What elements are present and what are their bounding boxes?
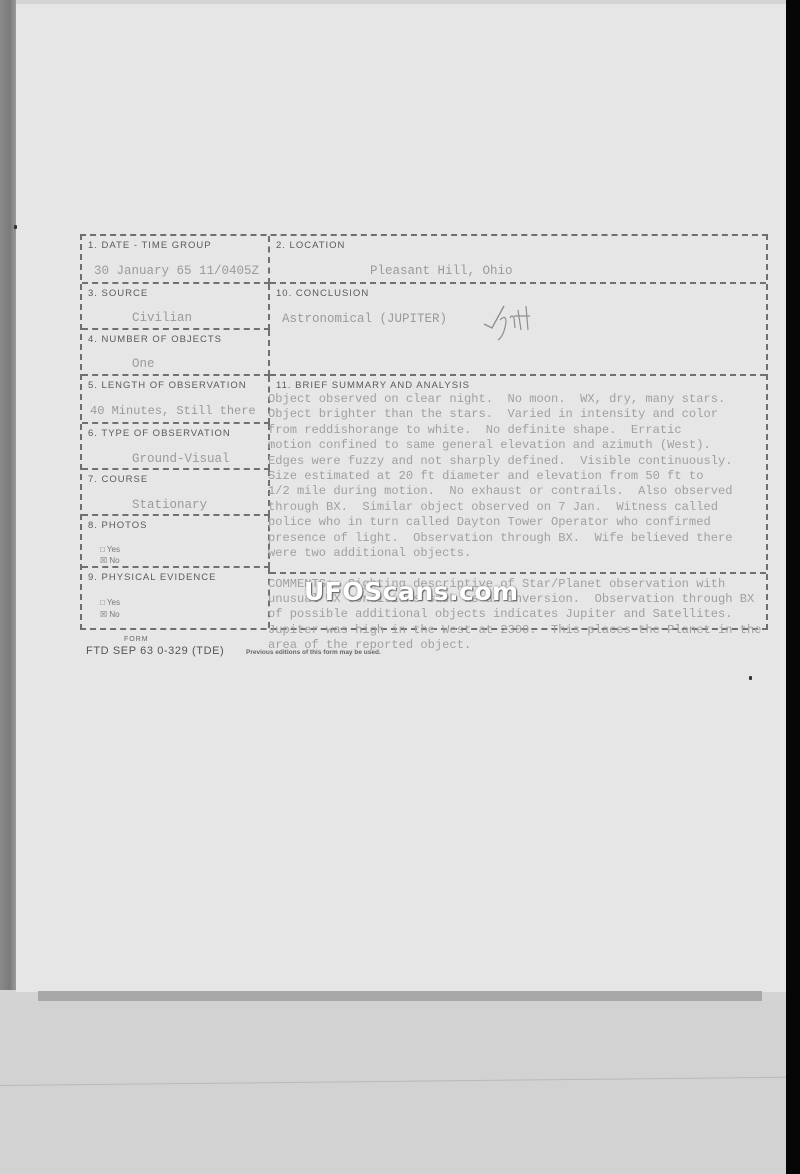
location-value: Pleasant Hill, Ohio <box>370 264 513 278</box>
summary-line: Object brighter than the stars. Varied i… <box>268 407 800 422</box>
field-source: 3. SOURCE Civilian <box>82 284 270 330</box>
summary-line: Edges were fuzzy and not sharply defined… <box>268 454 800 469</box>
date-time-group-value: 30 January 65 11/0405Z <box>94 264 259 278</box>
conclusion-label: 10. CONCLUSION <box>276 288 369 299</box>
field-location: 2. LOCATION Pleasant Hill, Ohio <box>270 236 766 284</box>
field-date-time-group: 1. DATE - TIME GROUP 30 January 65 11/04… <box>82 236 270 284</box>
course-label: 7. COURSE <box>88 474 148 485</box>
sheet-shadow <box>38 991 762 1001</box>
length-of-observation-value: 40 Minutes, Still there <box>90 404 256 418</box>
summary-line: were two additional objects. <box>268 546 800 561</box>
scan-left-edge <box>0 0 16 990</box>
summary-line: Size estimated at 20 ft diameter and ele… <box>268 469 800 484</box>
field-photos: 8. PHOTOS □ Yes ☒ No <box>82 516 270 568</box>
summary-line: presence of light. Observation through B… <box>268 531 800 546</box>
comments-line: Jupiter was high in the West at 2300. Th… <box>268 623 800 638</box>
field-number-of-objects: 4. NUMBER OF OBJECTS One <box>82 330 270 376</box>
field-length-of-observation: 5. LENGTH OF OBSERVATION 40 Minutes, Sti… <box>82 376 270 424</box>
brief-summary-text: Object observed on clear night. No moon.… <box>268 392 800 561</box>
number-of-objects-label: 4. NUMBER OF OBJECTS <box>88 334 222 345</box>
field-type-of-observation: 6. TYPE OF OBSERVATION Ground-Visual <box>82 424 270 470</box>
summary-line: through BX. Similar object observed on 7… <box>268 500 800 515</box>
watermark: UFOScans.com <box>304 577 519 606</box>
source-label: 3. SOURCE <box>88 288 148 299</box>
course-value: Stationary <box>132 498 207 512</box>
footer-form-word: FORM <box>124 636 149 643</box>
conclusion-value: Astronomical (JUPITER) <box>282 312 447 326</box>
date-time-group-label: 1. DATE - TIME GROUP <box>88 240 212 251</box>
summary-line: police who in turn called Dayton Tower O… <box>268 515 800 530</box>
photos-no-checkbox: ☒ No <box>100 556 120 565</box>
length-of-observation-label: 5. LENGTH OF OBSERVATION <box>88 380 247 391</box>
type-of-observation-value: Ground-Visual <box>132 452 230 466</box>
photos-label: 8. PHOTOS <box>88 520 148 531</box>
location-label: 2. LOCATION <box>276 240 345 251</box>
scanner-bed <box>0 1001 786 1174</box>
summary-line: motion confined to same general elevatio… <box>268 438 800 453</box>
summary-line: 1/2 mile during motion. No exhaust or co… <box>268 484 800 499</box>
number-of-objects-value: One <box>132 357 155 371</box>
comments-line: of possible additional objects indicates… <box>268 607 800 622</box>
physical-evidence-no-checkbox: ☒ No <box>100 610 120 619</box>
physical-evidence-yes-checkbox: □ Yes <box>100 598 120 607</box>
field-physical-evidence: 9. PHYSICAL EVIDENCE □ Yes ☒ No <box>82 568 270 628</box>
summary-line: from reddishorange to white. No definite… <box>268 423 800 438</box>
scan-speck <box>749 676 752 680</box>
source-value: Civilian <box>132 311 192 325</box>
footer-form-code: FTD SEP 63 0-329 (TDE) <box>86 645 224 657</box>
photos-yes-checkbox: □ Yes <box>100 545 120 554</box>
summary-line: Object observed on clear night. No moon.… <box>268 392 800 407</box>
type-of-observation-label: 6. TYPE OF OBSERVATION <box>88 428 231 439</box>
brief-summary-label: 11. BRIEF SUMMARY AND ANALYSIS <box>276 380 470 391</box>
physical-evidence-label: 9. PHYSICAL EVIDENCE <box>88 572 216 583</box>
footer-note: Previous editions of this form may be us… <box>246 649 381 656</box>
scan-speck <box>14 225 17 229</box>
initials-signature-icon <box>482 300 552 342</box>
field-course: 7. COURSE Stationary <box>82 470 270 516</box>
